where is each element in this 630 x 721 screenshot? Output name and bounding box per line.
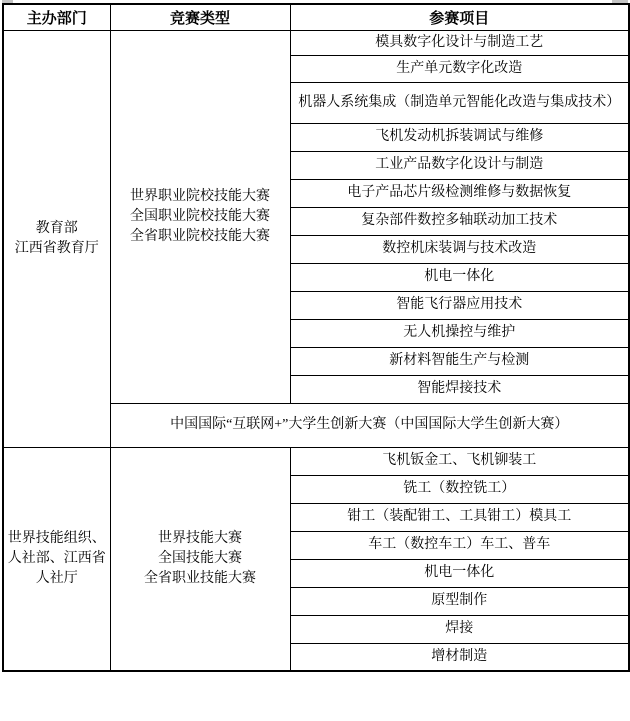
table-row: 世界技能组织、 人社部、江西省 人社厅 世界技能大赛 全国技能大赛 全省职业技能… [3,447,629,475]
event-cell: 飞机发动机拆装调试与维修 [290,123,629,151]
event-cell: 电子产品芯片级检测维修与数据恢复 [290,179,629,207]
department-cell-2: 世界技能组织、 人社部、江西省 人社厅 [3,447,110,671]
event-cell: 生产单元数字化改造 [290,55,629,82]
event-cell: 增材制造 [290,643,629,671]
event-cell: 工业产品数字化设计与制造 [290,151,629,179]
event-cell: 钳工（装配钳工、工具钳工）模具工 [290,503,629,531]
event-cell: 机器人系统集成（制造单元智能化改造与集成技术） [290,82,629,123]
event-cell: 模具数字化设计与制造工艺 [290,30,629,55]
event-cell: 车工（数控车工）车工、普车 [290,531,629,559]
table-row: 教育部 江西省教育厅 世界职业院校技能大赛 全国职业院校技能大赛 全省职业院校技… [3,30,629,55]
event-cell: 飞机钣金工、飞机铆装工 [290,447,629,475]
competition-type-cell-2: 世界技能大赛 全国技能大赛 全省职业技能大赛 [110,447,290,671]
column-header-department: 主办部门 [3,4,110,30]
event-cell: 智能焊接技术 [290,375,629,403]
event-cell: 智能飞行器应用技术 [290,291,629,319]
column-header-competition-type: 竞赛类型 [110,4,290,30]
competition-table: 主办部门 竞赛类型 参赛项目 教育部 江西省教育厅 世界职业院校技能大赛 全国职… [2,3,630,672]
event-cell: 原型制作 [290,587,629,615]
column-header-events: 参赛项目 [290,4,629,30]
event-cell: 新材料智能生产与检测 [290,347,629,375]
document-page: 主办部门 竞赛类型 参赛项目 教育部 江西省教育厅 世界职业院校技能大赛 全国职… [0,0,630,721]
header-row: 主办部门 竞赛类型 参赛项目 [3,4,629,30]
event-cell: 铣工（数控铣工） [290,475,629,503]
merged-competition-cell: 中国国际“互联网+”大学生创新大赛（中国国际大学生创新大赛） [110,403,629,447]
event-cell: 复杂部件数控多轴联动加工技术 [290,207,629,235]
event-cell: 机电一体化 [290,559,629,587]
event-cell: 数控机床装调与技术改造 [290,235,629,263]
competition-type-cell-1: 世界职业院校技能大赛 全国职业院校技能大赛 全省职业院校技能大赛 [110,30,290,403]
event-cell: 焊接 [290,615,629,643]
department-cell-1: 教育部 江西省教育厅 [3,30,110,447]
event-cell: 机电一体化 [290,263,629,291]
event-cell: 无人机操控与维护 [290,319,629,347]
